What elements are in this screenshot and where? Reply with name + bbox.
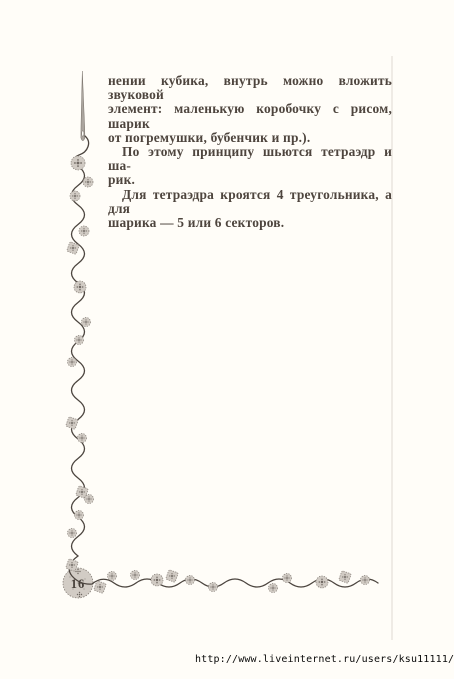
round-bead-icon	[108, 572, 117, 581]
round-bead-icon	[75, 336, 84, 345]
round-bead-icon	[75, 511, 84, 520]
round-bead-icon	[316, 576, 328, 588]
round-bead-icon	[82, 318, 91, 327]
text-line: По этому принципу шьются тетраэдр и ша-	[108, 145, 392, 173]
round-bead-icon	[269, 584, 278, 593]
round-bead-icon	[70, 191, 80, 201]
round-bead-icon	[131, 571, 140, 580]
square-bead-icon	[339, 571, 352, 584]
round-bead-icon	[209, 583, 218, 592]
round-bead-icon	[74, 281, 86, 293]
round-bead-icon	[68, 358, 77, 367]
round-bead-icon	[186, 576, 195, 585]
scanned-book-page: 16 нении кубика, внутрь можно вложить зв…	[0, 0, 454, 679]
round-bead-icon	[68, 529, 77, 538]
body-text: нении кубика, внутрь можно вложить звуко…	[108, 74, 392, 230]
round-bead-icon	[85, 495, 94, 504]
round-bead-icon	[83, 177, 93, 187]
round-bead-icon	[79, 226, 89, 236]
round-bead-icon	[71, 156, 85, 170]
square-bead-icon	[66, 417, 79, 430]
text-line: шарика — 5 или 6 секторов.	[108, 216, 392, 230]
page-edge-line	[391, 56, 393, 640]
round-bead-icon	[151, 574, 163, 586]
watermark-url: http://www.liveinternet.ru/users/ksu1111…	[195, 653, 454, 667]
round-bead-icon	[283, 574, 292, 583]
square-bead-icon	[166, 570, 179, 583]
round-bead-icon	[361, 576, 370, 585]
text-line: элемент: маленькую коробочку с рисом, ша…	[108, 102, 392, 130]
square-bead-icon	[94, 581, 107, 594]
page-number: 16	[71, 577, 86, 591]
round-bead-icon	[78, 434, 87, 443]
text-line: рик.	[108, 173, 392, 187]
text-line: от погремушки, бубенчик и пр.).	[108, 131, 392, 145]
text-line: Для тетраэдра кроятся 4 треугольника, а …	[108, 188, 392, 216]
needle-icon	[81, 71, 85, 141]
text-line: нении кубика, внутрь можно вложить звуко…	[108, 74, 392, 102]
